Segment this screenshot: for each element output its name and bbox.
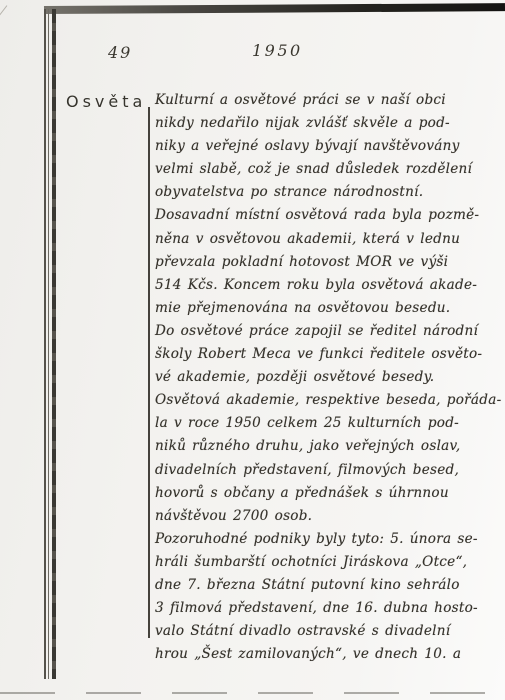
manuscript-line: vé akademie, později osvětové besedy. — [155, 366, 491, 389]
manuscript-line: něna v osvětovou akademii, která v lednu — [155, 228, 491, 251]
manuscript-line: divadelních představení, filmových besed… — [155, 459, 491, 482]
margin-heading-osveta: Osvěta — [66, 92, 146, 111]
chronicle-scan-page: 49 1950 Osvěta Kulturní a osvětové práci… — [0, 0, 505, 700]
year-heading: 1950 — [252, 41, 303, 60]
manuscript-line: niky a veřejné oslavy bývají navštěvován… — [155, 135, 491, 158]
ledger-frame-left-border-middle — [48, 9, 49, 679]
margin-rule — [148, 107, 150, 638]
manuscript-line: Kulturní a osvětové práci se v naší obci — [155, 89, 491, 112]
manuscript-line: školy Robert Meca ve funkci ředitele osv… — [155, 343, 491, 366]
manuscript-line: Pozoruhodné podniky byly tyto: 5. února … — [155, 528, 491, 551]
manuscript-line: 514 Kčs. Koncem roku byla osvětová akade… — [155, 274, 491, 297]
manuscript-line: velmi slabě, což je snad důsledek rozděl… — [155, 158, 491, 181]
manuscript-line: Dosavadní místní osvětová rada byla pozm… — [155, 204, 491, 227]
manuscript-line: Osvětová akademie, respektive beseda, po… — [155, 389, 491, 412]
manuscript-line: hovorů s občany a přednášek s úhrnnou — [155, 482, 491, 505]
ledger-frame-top-border — [44, 3, 505, 14]
manuscript-line: valo Státní divadlo ostravské s divadeln… — [155, 620, 491, 643]
manuscript-line: mie přejmenována na osvětovou besedu. — [155, 297, 491, 320]
scan-edge-line — [0, 692, 505, 694]
manuscript-line: niků různého druhu, jako veřejných oslav… — [155, 435, 491, 458]
manuscript-lines: Kulturní a osvětové práci se v naší obci… — [155, 89, 491, 666]
manuscript-line: la v roce 1950 celkem 25 kulturních pod- — [155, 412, 491, 435]
ledger-frame-left-border-inner — [52, 9, 56, 679]
manuscript-line: dne 7. března Státní putovní kino sehrál… — [155, 574, 491, 597]
page-corner-crease — [0, 5, 7, 32]
manuscript-line: hráli šumbarští ochotníci Jiráskova „Otc… — [155, 551, 491, 574]
manuscript-line: návštěvou 2700 osob. — [155, 505, 491, 528]
manuscript-line: 3 filmová představení, dne 16. dubna hos… — [155, 597, 491, 620]
manuscript-line: Do osvětové práce zapojil se ředitel nár… — [155, 320, 491, 343]
manuscript-line: nikdy nedařilo nijak zvlášť skvěle a pod… — [155, 112, 491, 135]
manuscript-line: obyvatelstva po strance národnostní. — [155, 181, 491, 204]
page-number: 49 — [108, 43, 132, 62]
ledger-frame-left-border-outer — [44, 9, 46, 679]
manuscript-line: převzala pokladní hotovost MOR ve výši — [155, 251, 491, 274]
manuscript-line: hrou „Šest zamilovaných“, ve dnech 10. a — [155, 643, 491, 666]
